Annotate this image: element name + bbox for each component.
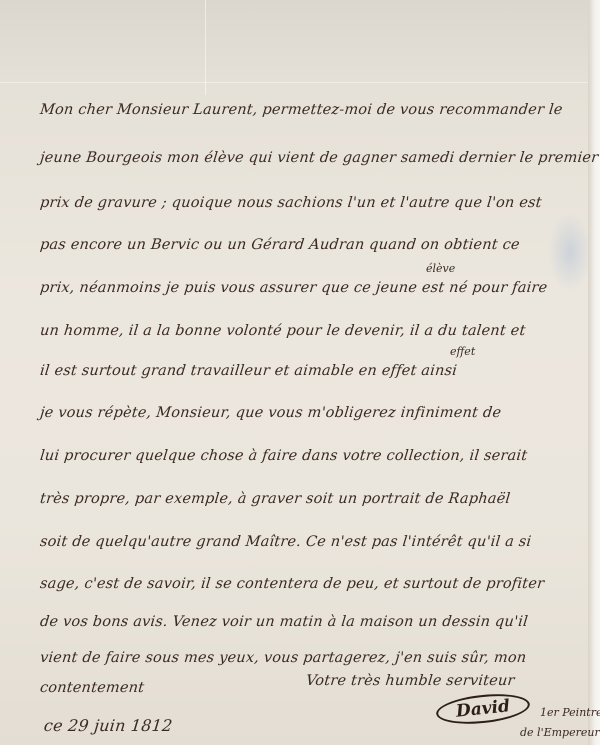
letter-line-5: prix, néanmoins je puis vous assurer que… [39,280,548,296]
signature-title-line2: de l'Empereur [520,726,600,739]
paper-stain [548,212,592,292]
closing-salutation: Votre très humble serviteur [305,673,515,689]
letter-line-1: Mon cher Monsieur Laurent, permettez-moi… [39,102,563,118]
letter-line-4: pas encore un Bervic ou un Gérard Audran… [39,237,520,253]
letter-line-11: soit de quelqu'autre grand Maître. Ce n'… [39,534,532,550]
letter-line-7: il est surtout grand travailleur et aima… [39,363,458,379]
insertion-eleve: élève [426,262,455,275]
letter-line-2: jeune Bourgeois mon élève qui vient de g… [39,150,599,166]
letter-line-12: sage, c'est de savoir, il se contentera … [39,576,545,592]
paper-fold-horizontal [0,82,588,83]
letter-line-8: je vous répète, Monsieur, que vous m'obl… [39,405,502,421]
paper-edge [588,0,600,745]
letter-line-9: lui procurer quelque chose à faire dans … [39,448,528,464]
letter-line-14: vient de faire sous mes yeux, vous parta… [39,650,527,666]
signature-title-line1: 1er Peintre [540,706,600,719]
letter-line-6: un homme, il a la bonne volonté pour le … [39,323,526,339]
letter-line-10: très propre, par exemple, à graver soit … [39,491,511,507]
letter-line-15: contentement [39,680,145,696]
letter-line-3: prix de gravure ; quoique nous sachions … [39,195,542,211]
letter-line-13: de vos bons avis. Venez voir un matin à … [39,614,529,630]
paper-fold-vertical [205,0,206,95]
letter-date: ce 29 juin 1812 [43,716,173,735]
insertion-effet: effet [450,345,475,358]
